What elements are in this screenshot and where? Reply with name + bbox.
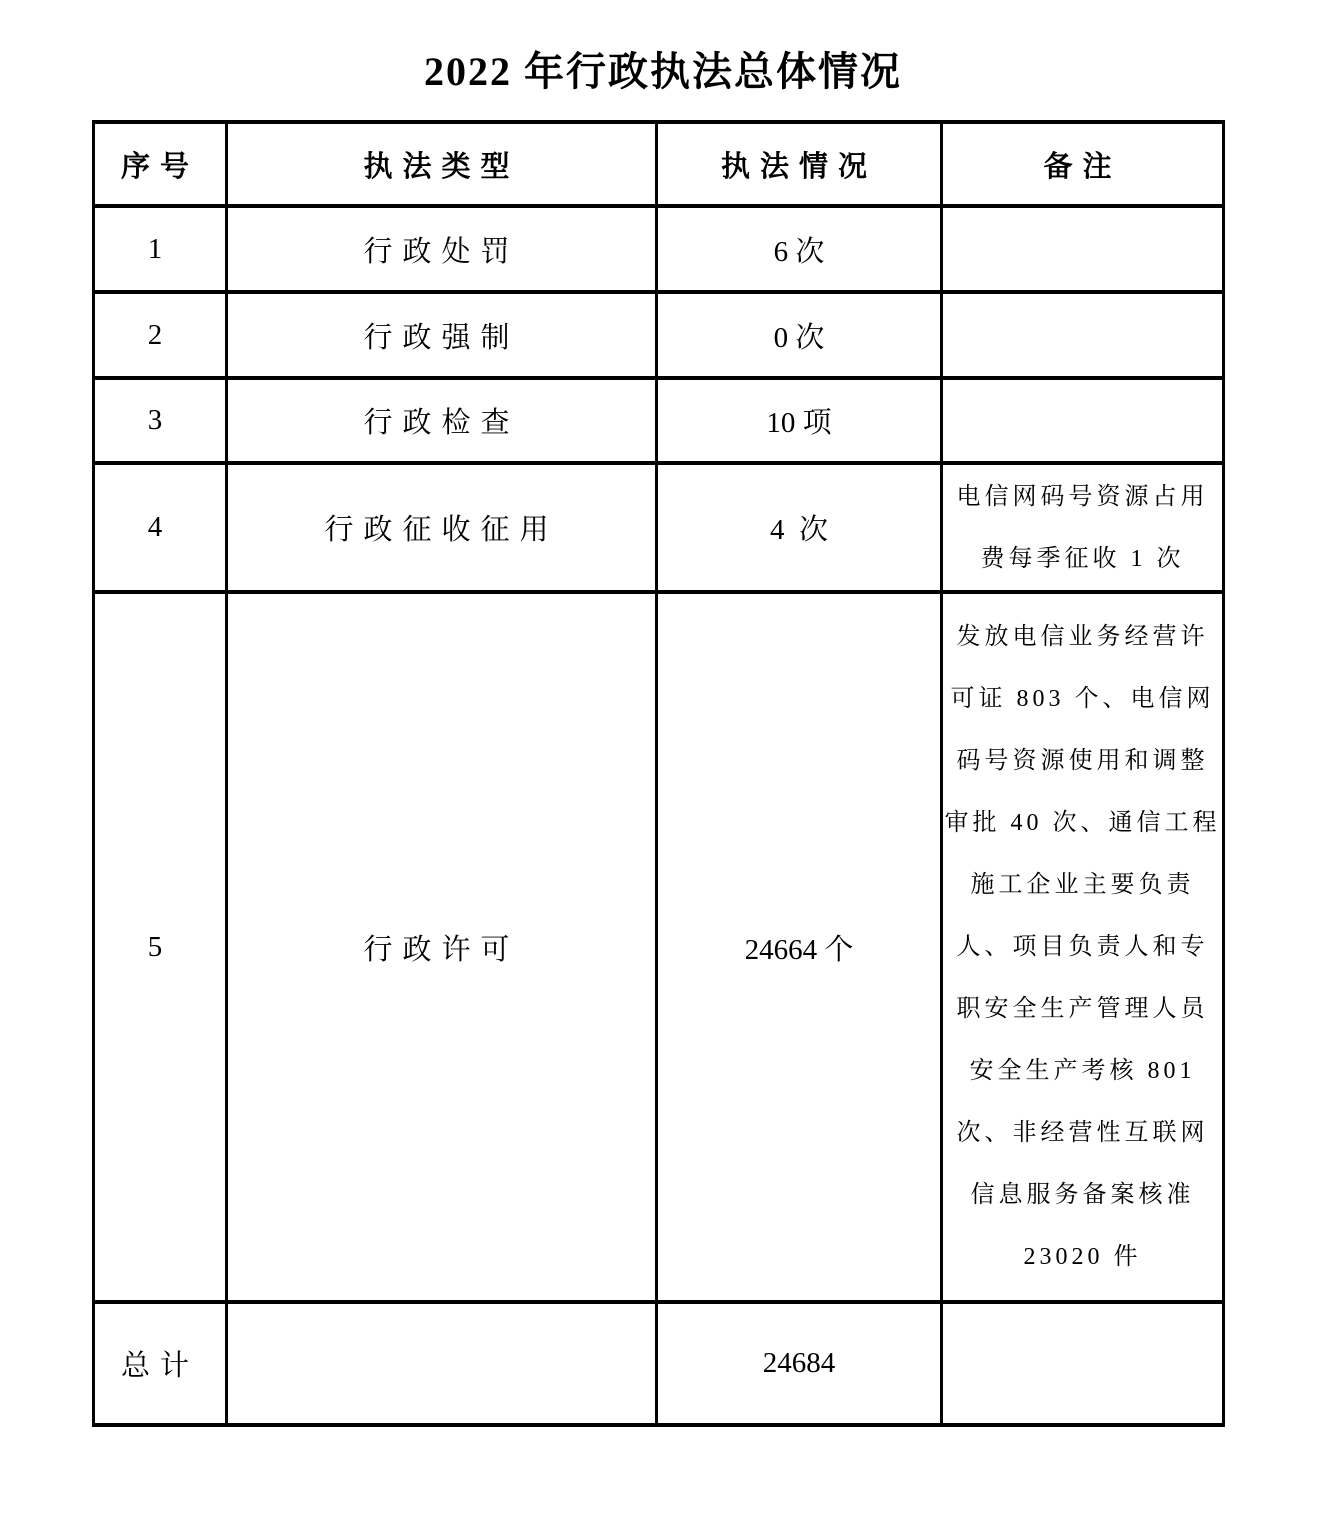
- header-remarks: 备注: [942, 122, 1224, 206]
- row-5-type-cell: 行政许可: [227, 592, 657, 1302]
- table-row: 4 行政征收征用 4 次 电信网码号资源占用 费每季征收 1 次: [94, 463, 1224, 592]
- total-status-cell: 24684: [657, 1302, 942, 1425]
- document-page: 2022 年行政执法总体情况 序号 执法类型 执法情况 备注 1 行政处罚 6 …: [0, 0, 1326, 1536]
- row-5-serial-cell: 5: [94, 592, 227, 1302]
- enforcement-summary-table: 序号 执法类型 执法情况 备注 1 行政处罚 6 次 2 行政强制 0 次 3 …: [92, 120, 1225, 1427]
- total-label-cell: 总计: [94, 1302, 227, 1425]
- table-row: 1 行政处罚 6 次: [94, 206, 1224, 292]
- table-total-row: 总计 24684: [94, 1302, 1224, 1425]
- page-title: 2022 年行政执法总体情况: [0, 0, 1326, 98]
- row-1-remark-cell: [942, 206, 1224, 292]
- row-2-status-cell: 0 次: [657, 292, 942, 378]
- header-enforcement-type: 执法类型: [227, 122, 657, 206]
- table-row: 2 行政强制 0 次: [94, 292, 1224, 378]
- row-1-status-cell: 6 次: [657, 206, 942, 292]
- table-header-row: 序号 执法类型 执法情况 备注: [94, 122, 1224, 206]
- row-3-status-cell: 10 项: [657, 378, 942, 463]
- row-3-type-cell: 行政检查: [227, 378, 657, 463]
- header-serial-number: 序号: [94, 122, 227, 206]
- header-enforcement-status: 执法情况: [657, 122, 942, 206]
- row-3-remark-cell: [942, 378, 1224, 463]
- row-5-remark-cell: 发放电信业务经营许 可证 803 个、电信网 码号资源使用和调整 审批 40 次…: [942, 592, 1224, 1302]
- row-4-status-cell: 4 次: [657, 463, 942, 592]
- row-1-serial-cell: 1: [94, 206, 227, 292]
- row-4-remark-cell: 电信网码号资源占用 费每季征收 1 次: [942, 463, 1224, 592]
- row-1-type-cell: 行政处罚: [227, 206, 657, 292]
- row-3-serial-cell: 3: [94, 378, 227, 463]
- row-4-serial-cell: 4: [94, 463, 227, 592]
- row-2-serial-cell: 2: [94, 292, 227, 378]
- table-row: 3 行政检查 10 项: [94, 378, 1224, 463]
- row-4-type-cell: 行政征收征用: [227, 463, 657, 592]
- row-2-type-cell: 行政强制: [227, 292, 657, 378]
- total-remark-cell: [942, 1302, 1224, 1425]
- total-type-cell: [227, 1302, 657, 1425]
- row-2-remark-cell: [942, 292, 1224, 378]
- row-5-status-cell: 24664 个: [657, 592, 942, 1302]
- table-row: 5 行政许可 24664 个 发放电信业务经营许 可证 803 个、电信网 码号…: [94, 592, 1224, 1302]
